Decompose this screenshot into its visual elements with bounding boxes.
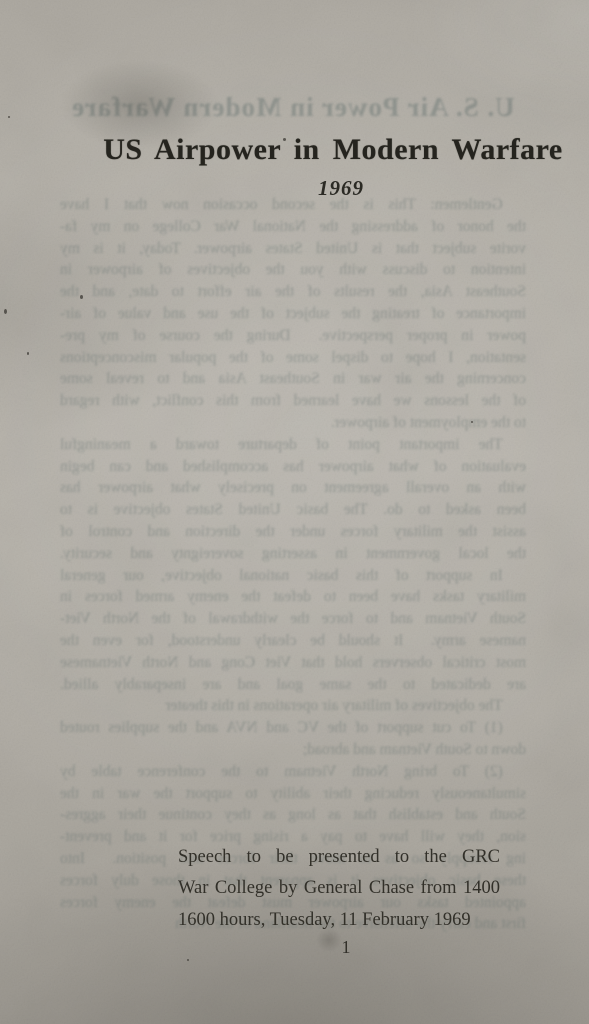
page-title: US Airpower in Modern Warfare [72,133,589,167]
bleedthrough-line: (1) To cut support of the VC and NVA and… [60,717,526,739]
bleedthrough-line: vorite subject that is United States air… [60,238,526,260]
bleedthrough-line: In support of this basic national object… [60,565,526,587]
bleedthrough-line: military tasks have been to defeat the e… [60,586,526,608]
bleedthrough-line: simultaneously reducing their ability to… [60,783,526,805]
bleedthrough-line: concerning the air war in Southeast Asia… [60,368,526,390]
bleedthrough-line: namese army. It should be clearly unders… [60,630,526,652]
bleedthrough-line: the local government in asserting sovere… [60,543,526,565]
bleedthrough-line: South and establish that as long as they… [60,804,526,826]
bleedthrough-line: Southeast Asia, the results of the air e… [60,281,526,303]
dust-speck [80,295,83,299]
page-year: 1969 [80,176,589,201]
bleedthrough-line: intention to discuss with you the object… [60,259,526,281]
dust-speck [8,116,10,118]
bleedthrough-title: U. S. Air Power in Modern Warfare [60,92,526,123]
dust-speck [27,352,29,355]
bleedthrough-line: evaluation of what airpower has accompli… [60,456,526,478]
dust-speck [471,421,473,423]
bleedthrough-line: (2) To bring North Vietnam to the confer… [60,761,526,783]
bleedthrough-line: to the employment of airpower. [60,412,526,434]
bleedthrough-line: with an overall agreement on precisely w… [60,477,526,499]
page-number: 1 [336,937,356,958]
footer-line: Speech to be presented to the GRC Nation… [178,842,500,873]
dust-speck [4,309,7,314]
scanned-document-page: U. S. Air Power in Modern Warfare Gentle… [0,0,589,1024]
bleedthrough-line: The objectives of military air operation… [60,695,526,717]
bleedthrough-line: assist the military forces under the dir… [60,521,526,543]
bleedthrough-line: power in proper perspective. During the … [60,325,526,347]
footer-line: 1600 hours, Tuesday, 11 February 1969 [178,905,500,936]
bleedthrough-line: importance of treating the subject of th… [60,303,526,325]
bleedthrough-line: down to South Vietnam and abroad; [60,739,526,761]
dust-speck [187,959,189,961]
bleedthrough-line: of the lessons we have learned from this… [60,390,526,412]
bleedthrough-line: the honor of addressing the National War… [60,216,526,238]
footer-note: Speech to be presented to the GRC Nation… [178,842,500,936]
bleedthrough-line: South Vietnam and to force the withdrawa… [60,608,526,630]
bleedthrough-line: are dedicated to the same goal and are i… [60,674,526,696]
footer-line: War College by General Chase from 1400 t… [178,873,500,904]
bleedthrough-line: most critical observers hold that Viet C… [60,652,526,674]
bleedthrough-line: The important point of departure toward … [60,434,526,456]
bleedthrough-line: sentation, I hope to dispel some of the … [60,347,526,369]
bleedthrough-line: been asked to do. The basic United State… [60,499,526,521]
bleedthrough-text: Gentlemen: This is the second occasion n… [60,194,526,935]
